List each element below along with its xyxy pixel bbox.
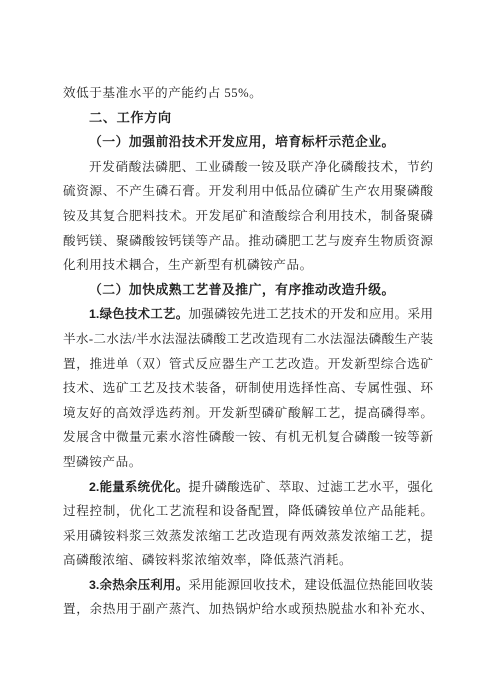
paragraph-line: 过程控制，优化工艺流程和设备配置，降低磷铵单位产品能耗。 [63,499,433,524]
paragraph-line: 半水-二水法/半水法湿法磷酸工艺改造现有二水法湿法磷酸生产装 [63,327,433,352]
paragraph-line: 型磷铵产品。 [63,450,433,475]
paragraph-text: 采用能源回收技术，建设低温位热能回收装 [188,578,433,592]
paragraph-line: 境友好的高效浮选药剂。开发新型磷矿酸解工艺，提高磷得率。 [63,401,433,426]
paragraph-continuation-line: 效低于基准水平的产能约占 55%。 [63,81,433,106]
subsection-heading: （二）加快成熟工艺普及推广，有序推动改造升级。 [63,278,433,303]
paragraph-line: 酸钙镁、聚磷酸铵钙镁等产品。推动磷肥工艺与废弃生物质资源 [63,229,433,254]
subsection-heading: （一）加强前沿技术开发应用，培育标杆示范企业。 [63,130,433,155]
numbered-item-title: 3.余热余压利用。 [89,578,188,592]
paragraph-line: 开发硝酸法磷肥、工业磷酸一铵及联产净化磷酸技术，节约 [63,155,433,180]
paragraph-line: 置，推进单（双）管式反应器生产工艺改造。开发新型综合选矿 [63,352,433,377]
document-page: 效低于基准水平的产能约占 55%。 二、工作方向 （一）加强前沿技术开发应用，培… [0,0,495,700]
numbered-item-line: 2.能量系统优化。提升磷酸选矿、萃取、过滤工艺水平，强化 [63,475,433,500]
paragraph-line: 硫资源、不产生磷石膏。开发利用中低品位磷矿生产农用聚磷酸 [63,179,433,204]
paragraph-text: 加强磷铵先进工艺技术的开发和应用。采用 [188,307,433,321]
paragraph-line: 铵及其复合肥料技术。开发尾矿和渣酸综合利用技术，制备聚磷 [63,204,433,229]
document-text-block: 效低于基准水平的产能约占 55%。 二、工作方向 （一）加强前沿技术开发应用，培… [63,81,433,622]
numbered-item-title: 1.绿色技术工艺。 [89,307,188,321]
paragraph-line: 化利用技术耦合，生产新型有机磷铵产品。 [63,253,433,278]
paragraph-line: 高磷酸浓缩、磷铵料浆浓缩效率，降低蒸汽消耗。 [63,548,433,573]
section-heading: 二、工作方向 [63,106,433,131]
numbered-item-line: 3.余热余压利用。采用能源回收技术，建设低温位热能回收装 [63,573,433,598]
numbered-item-line: 1.绿色技术工艺。加强磷铵先进工艺技术的开发和应用。采用 [63,302,433,327]
paragraph-text: 提升磷酸选矿、萃取、过滤工艺水平，强化 [188,480,433,494]
paragraph-line: 采用磷铵料浆三效蒸发浓缩工艺改造现有两效蒸发浓缩工艺，提 [63,524,433,549]
numbered-item-title: 2.能量系统优化。 [89,480,188,494]
paragraph-line: 发展含中微量元素水溶性磷酸一铵、有机无机复合磷酸一铵等新 [63,425,433,450]
paragraph-line: 置，余热用于副产蒸汽、加热锅炉给水或预热脱盐水和补充水、 [63,597,433,622]
paragraph-line: 技术、选矿工艺及技术装备，研制使用选择性高、专属性强、环 [63,376,433,401]
